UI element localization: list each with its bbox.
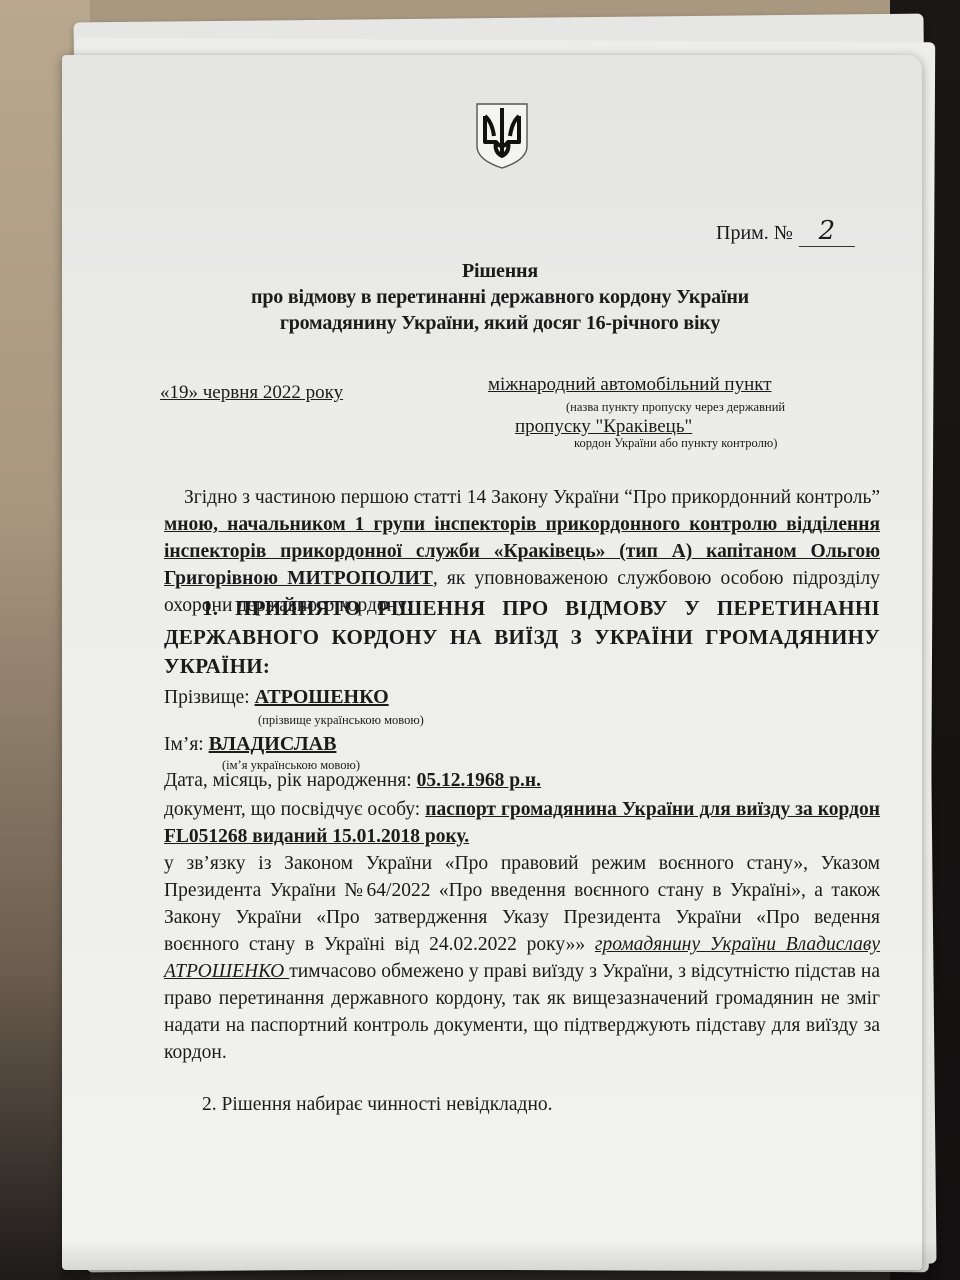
dob-field: Дата, місяць, рік народження: 05.12.1968… [164,770,541,792]
checkpoint-caption-2: кордон України або пункту контролю) [574,436,777,451]
trident-emblem-icon [474,102,530,170]
checkpoint-name-line-1: міжнародний автомобільний пункт [488,374,772,396]
reason-paragraph: у зв’язку із Законом України «Про правов… [164,850,880,1066]
dob-value: 05.12.1968 р.н. [417,770,541,791]
surname-field: Прізвище: АТРОШЕНКО [164,686,389,709]
name-value: ВЛАДИСЛАВ [209,733,337,755]
copy-number-label: Прим. № [716,222,793,244]
name-field: Ім’я: ВЛАДИСЛАВ [164,733,336,756]
title-line-1: Рішення [150,258,850,284]
checkpoint-caption-1: (назва пункту пропуску через державний [566,400,785,415]
decision-document: Прим. №2 Рішення про відмову в перетинан… [0,0,960,1280]
id-document-label: документ, що посвідчує особу: [164,799,425,820]
checkpoint-name-line-2: пропуску "Краківець" [515,416,692,438]
title-line-3: громадянину України, який досяг 16-річно… [150,310,850,336]
decision-item-1-heading: 1. ПРИЙНЯТО РІШЕННЯ ПРО ВІДМОВУ У ПЕРЕТИ… [164,594,880,681]
title-line-2: про відмову в перетинанні державного кор… [150,284,850,310]
preamble-intro: Згідно з частиною першою статті 14 Закон… [184,487,880,508]
surname-label: Прізвище: [164,687,250,708]
page-shadow [60,1240,940,1280]
surname-caption: (прізвище українською мовою) [258,713,424,728]
surname-value: АТРОШЕНКО [255,686,389,708]
name-label: Ім’я: [164,734,204,755]
document-title: Рішення про відмову в перетинанні держав… [150,258,850,336]
dob-label: Дата, місяць, рік народження: [164,770,412,791]
decision-item-2: 2. Рішення набирає чинності невідкладно. [202,1094,553,1116]
copy-number-value: 2 [799,216,855,247]
copy-number: Прим. №2 [716,216,855,247]
id-document-paragraph: документ, що посвідчує особу: паспорт гр… [164,796,880,850]
document-date: «19» червня 2022 року [160,382,343,404]
